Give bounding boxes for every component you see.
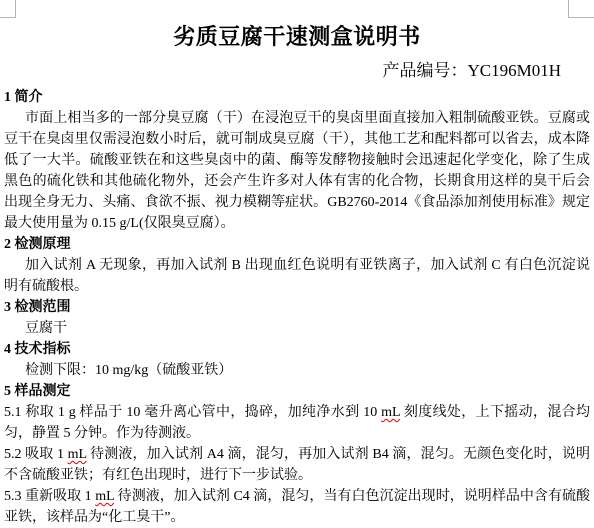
document-title: 劣质豆腐干速测盒说明书 <box>0 26 594 50</box>
section-heading-principle: 2 检测原理 <box>4 234 590 255</box>
margin-crop-mark-top-left-vertical <box>15 0 16 17</box>
paragraph-step-5-2: 5.2 吸取 1 mL 待测液，加入试剂 A4 滴，混匀，再加入试剂 B4 滴，… <box>4 444 590 486</box>
margin-crop-mark-top-right-vertical <box>568 0 569 17</box>
step-5-3-text: 5.3 重新吸取 1 <box>4 489 95 504</box>
section-heading-sample-test: 5 样品测定 <box>4 381 590 402</box>
paragraph-scope: 豆腐干 <box>4 318 590 339</box>
section-heading-scope: 3 检测范围 <box>4 297 590 318</box>
spellcheck-flagged-text: mL <box>95 489 114 504</box>
paragraph-intro: 市面上相当多的一部分臭豆腐（干）在浸泡豆干的臭卤里面直接加入粗制硫酸亚铁。豆腐或… <box>4 108 590 234</box>
paragraph-step-5-1: 5.1 称取 1 g 样品于 10 毫升离心管中，捣碎，加纯净水到 10 mL … <box>4 402 590 444</box>
spellcheck-flagged-text: mL <box>68 447 87 462</box>
section-heading-specs: 4 技术指标 <box>4 339 590 360</box>
product-number: 产品编号：YC196M01H <box>0 59 594 82</box>
step-5-2-text: 5.2 吸取 1 <box>4 447 68 462</box>
margin-crop-mark-top-left-horizontal <box>0 17 16 18</box>
paragraph-principle: 加入试剂 A 无现象，再加入试剂 B 出现血红色说明有亚铁离子，加入试剂 C 有… <box>4 255 590 297</box>
paragraph-specs: 检测下限：10 mg/kg（硫酸亚铁） <box>4 360 590 381</box>
section-heading-intro: 1 简介 <box>4 87 590 108</box>
margin-crop-mark-top-right-horizontal <box>568 17 594 18</box>
document-page: 劣质豆腐干速测盒说明书 产品编号：YC196M01H 1 简介 市面上相当多的一… <box>0 0 594 528</box>
spellcheck-flagged-text: mL <box>381 405 400 420</box>
step-5-2-text: 待测液，加入试剂 A4 滴，混匀，再加入试剂 B4 滴，混匀。无颜色变化时，说明… <box>4 447 590 483</box>
step-5-1-text: 5.1 称取 1 g 样品于 10 毫升离心管中，捣碎，加纯净水到 10 <box>4 405 381 420</box>
document-body: 1 简介 市面上相当多的一部分臭豆腐（干）在浸泡豆干的臭卤里面直接加入粗制硫酸亚… <box>0 87 594 528</box>
paragraph-step-5-3: 5.3 重新吸取 1 mL 待测液，加入试剂 C4 滴，混匀，当有白色沉淀出现时… <box>4 486 590 528</box>
